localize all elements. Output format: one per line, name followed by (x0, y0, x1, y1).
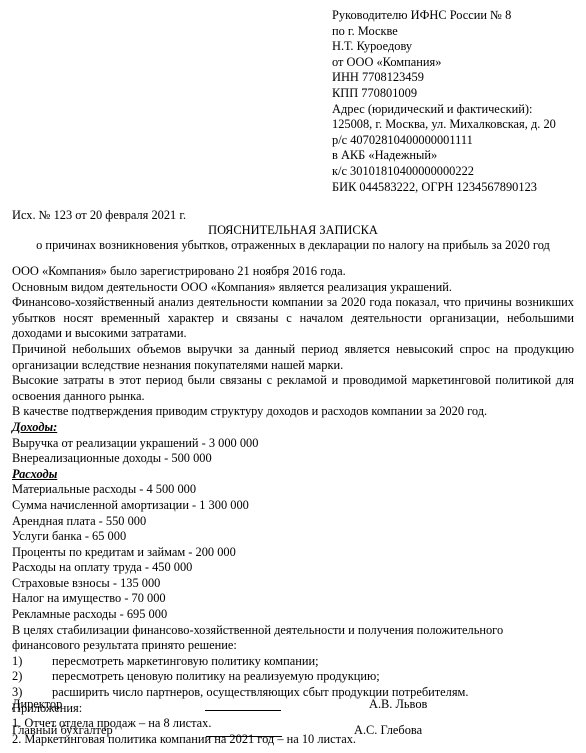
expenses-heading: Расходы (12, 467, 574, 483)
expense-item: Страховые взносы - 135 000 (12, 576, 574, 592)
outgoing-reference: Исх. № 123 от 20 февраля 2021 г. (12, 208, 186, 224)
signature-chief-accountant: Главный бухгалтер А.С. Глебова (12, 723, 574, 739)
addressee-line: в АКБ «Надежный» (332, 148, 556, 164)
signature-role: Главный бухгалтер (12, 723, 113, 739)
paragraph: В качестве подтверждения приводим структ… (12, 404, 574, 420)
paragraph: ООО «Компания» было зарегистрировано 21 … (12, 264, 574, 280)
addressee-line: от ООО «Компания» (332, 55, 556, 71)
expense-item: Материальные расходы - 4 500 000 (12, 482, 574, 498)
signature-name: А.С. Глебова (354, 723, 422, 739)
document-subtitle: о причинах возникновения убытков, отраже… (0, 238, 586, 254)
addressee-line: Адрес (юридический и фактический): (332, 102, 556, 118)
decision-item-number: 2) (12, 669, 52, 685)
paragraph: Причиной небольших объемов выручки за да… (12, 342, 574, 373)
decision-item: 2) пересмотреть ценовую политику на реал… (12, 669, 574, 685)
addressee-line: КПП 770801009 (332, 86, 556, 102)
document-body: ООО «Компания» было зарегистрировано 21 … (12, 264, 574, 747)
signature-role: Директор (12, 697, 62, 713)
signature-line (206, 736, 282, 737)
document-title: ПОЯСНИТЕЛЬНАЯ ЗАПИСКА (0, 223, 586, 239)
expense-item: Сумма начисленной амортизации - 1 300 00… (12, 498, 574, 514)
addressee-line: р/с 40702810400000001111 (332, 133, 556, 149)
decision-item-number: 1) (12, 654, 52, 670)
addressee-line: Н.Т. Куроедову (332, 39, 556, 55)
addressee-block: Руководителю ИФНС России № 8 по г. Москв… (332, 8, 556, 195)
paragraph: Высокие затраты в этот период были связа… (12, 373, 574, 404)
addressee-line: к/с 30101810400000000222 (332, 164, 556, 180)
addressee-line: БИК 044583222, ОГРН 1234567890123 (332, 180, 556, 196)
signature-name: А.В. Львов (369, 697, 427, 713)
decision-item-text: пересмотреть маркетинговую политику комп… (52, 654, 319, 670)
decision-item: 1) пересмотреть маркетинговую политику к… (12, 654, 574, 670)
expense-item: Проценты по кредитам и займам - 200 000 (12, 545, 574, 561)
expense-item: Услуги банка - 65 000 (12, 529, 574, 545)
paragraph: Основным видом деятельности ООО «Компани… (12, 280, 574, 296)
expense-item: Расходы на оплату труда - 450 000 (12, 560, 574, 576)
signature-line (205, 710, 281, 711)
expense-item: Арендная плата - 550 000 (12, 514, 574, 530)
signature-director: Директор А.В. Львов (12, 697, 574, 713)
expense-item: Налог на имущество - 70 000 (12, 591, 574, 607)
addressee-line: 125008, г. Москва, ул. Михалковская, д. … (332, 117, 556, 133)
decision-item-text: пересмотреть ценовую политику на реализу… (52, 669, 380, 685)
addressee-line: по г. Москве (332, 24, 556, 40)
income-heading: Доходы: (12, 420, 574, 436)
decision-intro: В целях стабилизации финансово-хозяйстве… (12, 623, 574, 654)
income-item: Внереализационные доходы - 500 000 (12, 451, 574, 467)
expense-item: Рекламные расходы - 695 000 (12, 607, 574, 623)
paragraph: Финансово-хозяйственный анализ деятельно… (12, 295, 574, 342)
income-item: Выручка от реализации украшений - 3 000 … (12, 436, 574, 452)
addressee-line: Руководителю ИФНС России № 8 (332, 8, 556, 24)
addressee-line: ИНН 7708123459 (332, 70, 556, 86)
